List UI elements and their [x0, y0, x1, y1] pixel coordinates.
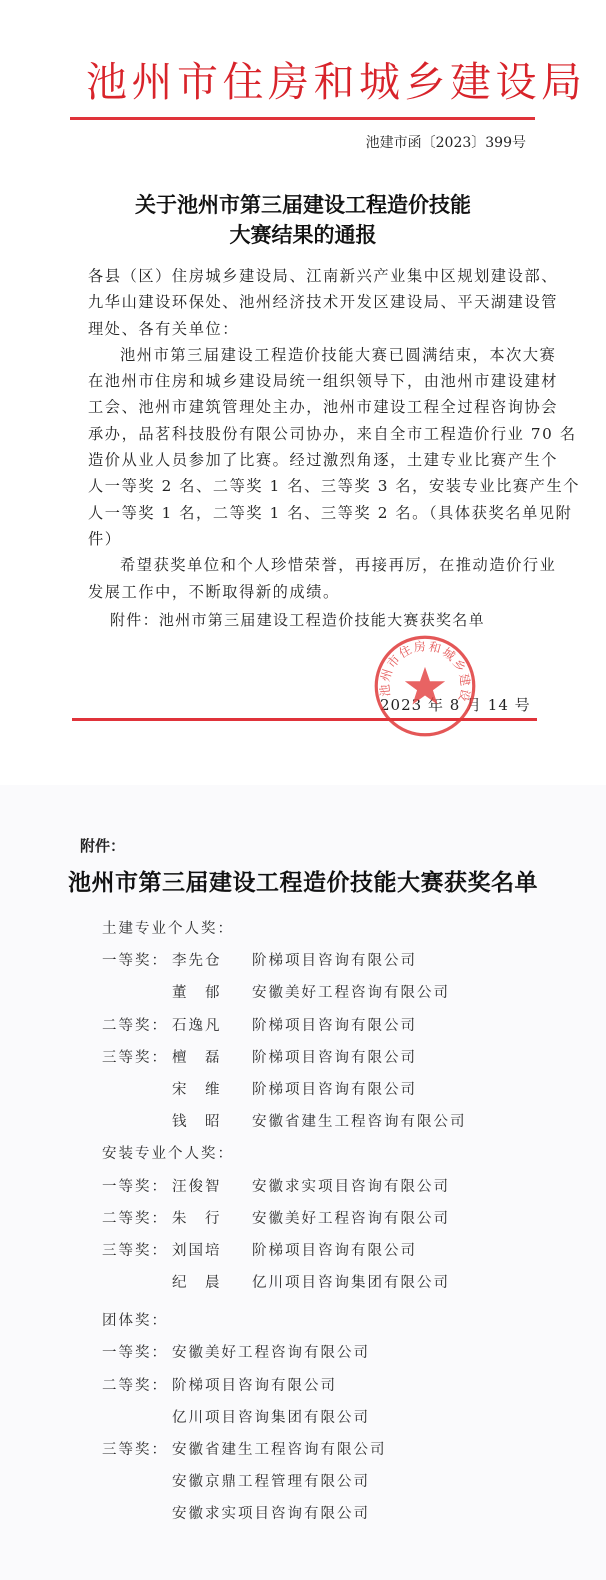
award-row: 钱 昭 安徽省建生工程咨询有限公司	[102, 1106, 562, 1138]
document-title-line-2: 大赛结果的通报	[0, 220, 606, 250]
winner-company: 阶梯项目咨询有限公司	[252, 1074, 417, 1106]
winner-company: 安徽美好工程咨询有限公司	[252, 1203, 450, 1235]
winner-company: 阶梯项目咨询有限公司	[252, 1010, 417, 1042]
prize-level: 三等奖：	[102, 1434, 172, 1466]
prize-level: 一等奖：	[102, 1171, 172, 1203]
award-row: 安徽京鼎工程管理有限公司	[102, 1466, 562, 1498]
notice-page: 池州市住房和城乡建设局 池建市函〔2023〕399号 关于池州市第三届建设工程造…	[0, 0, 606, 778]
paragraph-line: 人一等奖 1 名，二等奖 1 名、三等奖 2 名。（具体获奖名单见附	[88, 500, 544, 526]
prize-level: 三等奖：	[102, 1235, 172, 1267]
winner-company: 阶梯项目咨询有限公司	[172, 1370, 337, 1402]
award-list-title: 池州市第三届建设工程造价技能大赛获奖名单	[0, 865, 606, 901]
prize-level: 二等奖：	[102, 1010, 172, 1042]
prize-level: 三等奖：	[102, 1042, 172, 1074]
paragraph-line: 承办，品茗科技股份有限公司协办，来自全市工程造价行业 70 名	[88, 421, 544, 447]
award-row: 安徽求实项目咨询有限公司	[102, 1498, 562, 1530]
winner-name: 檀 磊	[172, 1042, 252, 1074]
addressee-line: 各县（区）住房城乡建设局、江南新兴产业集中区规划建设部、	[88, 263, 544, 289]
winner-name: 宋 维	[172, 1074, 252, 1106]
award-row: 二等奖： 朱 行 安徽美好工程咨询有限公司	[102, 1203, 562, 1235]
paragraph-line: 池州市第三届建设工程造价技能大赛已圆满结束，本次大赛	[88, 342, 544, 368]
award-row: 纪 晨 亿川项目咨询集团有限公司	[102, 1267, 562, 1299]
document-body: 各县（区）住房城乡建设局、江南新兴产业集中区规划建设部、 九华山建设环保处、池州…	[88, 263, 544, 605]
winner-company: 安徽省建生工程咨询有限公司	[172, 1434, 387, 1466]
document-title-line-1: 关于池州市第三届建设工程造价技能	[0, 190, 606, 220]
prize-level: 一等奖：	[102, 945, 172, 977]
prize-level: 一等奖：	[102, 1337, 172, 1369]
winner-company: 安徽求实项目咨询有限公司	[172, 1498, 370, 1530]
paragraph-line: 件）	[88, 526, 544, 552]
section-header-installation: 安装专业个人奖：	[102, 1138, 562, 1170]
attachment-reference: 附件：池州市第三届建设工程造价技能大赛获奖名单	[110, 607, 485, 633]
award-row: 董 郁 安徽美好工程咨询有限公司	[102, 977, 562, 1009]
paragraph-line: 在池州市住房和城乡建设局统一组织领导下，由池州市建设建材	[88, 368, 544, 394]
award-row: 一等奖： 汪俊智 安徽求实项目咨询有限公司	[102, 1171, 562, 1203]
winner-company: 安徽京鼎工程管理有限公司	[172, 1466, 370, 1498]
winner-company: 阶梯项目咨询有限公司	[252, 1042, 417, 1074]
paragraph-line: 人一等奖 2 名、二等奖 1 名、三等奖 3 名，安装专业比赛产生个	[88, 473, 544, 499]
winner-name: 董 郁	[172, 977, 252, 1009]
award-row: 一等奖： 安徽美好工程咨询有限公司	[102, 1337, 562, 1369]
winner-company: 亿川项目咨询集团有限公司	[252, 1267, 450, 1299]
header-red-rule	[70, 117, 535, 120]
award-row: 三等奖： 安徽省建生工程咨询有限公司	[102, 1434, 562, 1466]
document-number: 池建市函〔2023〕399号	[366, 132, 526, 154]
section-header-team: 团体奖：	[102, 1305, 562, 1337]
attachment-page: 附件： 池州市第三届建设工程造价技能大赛获奖名单 土建专业个人奖： 一等奖： 李…	[0, 785, 606, 1580]
official-seal-icon: 池州市住房和城乡建设局	[372, 633, 478, 739]
attachment-label: 附件：	[80, 835, 125, 857]
prize-level: 二等奖：	[102, 1370, 172, 1402]
winner-company: 阶梯项目咨询有限公司	[252, 945, 417, 977]
winner-company: 安徽省建生工程咨询有限公司	[252, 1106, 467, 1138]
paragraph-line: 造价从业人员参加了比赛。经过激烈角逐，土建专业比赛产生个	[88, 447, 544, 473]
winner-name: 纪 晨	[172, 1267, 252, 1299]
winner-name: 朱 行	[172, 1203, 252, 1235]
award-row: 宋 维 阶梯项目咨询有限公司	[102, 1074, 562, 1106]
winner-company: 安徽求实项目咨询有限公司	[252, 1171, 450, 1203]
award-row: 三等奖： 刘国培 阶梯项目咨询有限公司	[102, 1235, 562, 1267]
issuing-authority-header: 池州市住房和城乡建设局	[86, 52, 526, 112]
winner-name: 汪俊智	[172, 1171, 252, 1203]
section-header-civil: 土建专业个人奖：	[102, 913, 562, 945]
award-row: 一等奖： 李先仓 阶梯项目咨询有限公司	[102, 945, 562, 977]
winner-company: 亿川项目咨询集团有限公司	[172, 1402, 370, 1434]
award-row: 亿川项目咨询集团有限公司	[102, 1402, 562, 1434]
award-row: 三等奖： 檀 磊 阶梯项目咨询有限公司	[102, 1042, 562, 1074]
paragraph-line: 希望获奖单位和个人珍惜荣誉，再接再厉，在推动造价行业	[88, 552, 544, 578]
paragraph-line: 发展工作中，不断取得新的成绩。	[88, 579, 544, 605]
award-list: 土建专业个人奖： 一等奖： 李先仓 阶梯项目咨询有限公司 董 郁 安徽美好工程咨…	[102, 913, 562, 1531]
award-row: 二等奖： 阶梯项目咨询有限公司	[102, 1370, 562, 1402]
winner-name: 钱 昭	[172, 1106, 252, 1138]
addressee-line: 九华山建设环保处、池州经济技术开发区建设局、平天湖建设管	[88, 289, 544, 315]
addressee-line: 理处、各有关单位：	[88, 316, 544, 342]
paragraph-line: 工会、池州市建筑管理处主办，池州市建设工程全过程咨询协会	[88, 394, 544, 420]
winner-company: 安徽美好工程咨询有限公司	[172, 1337, 370, 1369]
winner-name: 石逸凡	[172, 1010, 252, 1042]
winner-name: 刘国培	[172, 1235, 252, 1267]
prize-level: 二等奖：	[102, 1203, 172, 1235]
award-row: 二等奖： 石逸凡 阶梯项目咨询有限公司	[102, 1010, 562, 1042]
winner-company: 阶梯项目咨询有限公司	[252, 1235, 417, 1267]
winner-company: 安徽美好工程咨询有限公司	[252, 977, 450, 1009]
winner-name: 李先仓	[172, 945, 252, 977]
